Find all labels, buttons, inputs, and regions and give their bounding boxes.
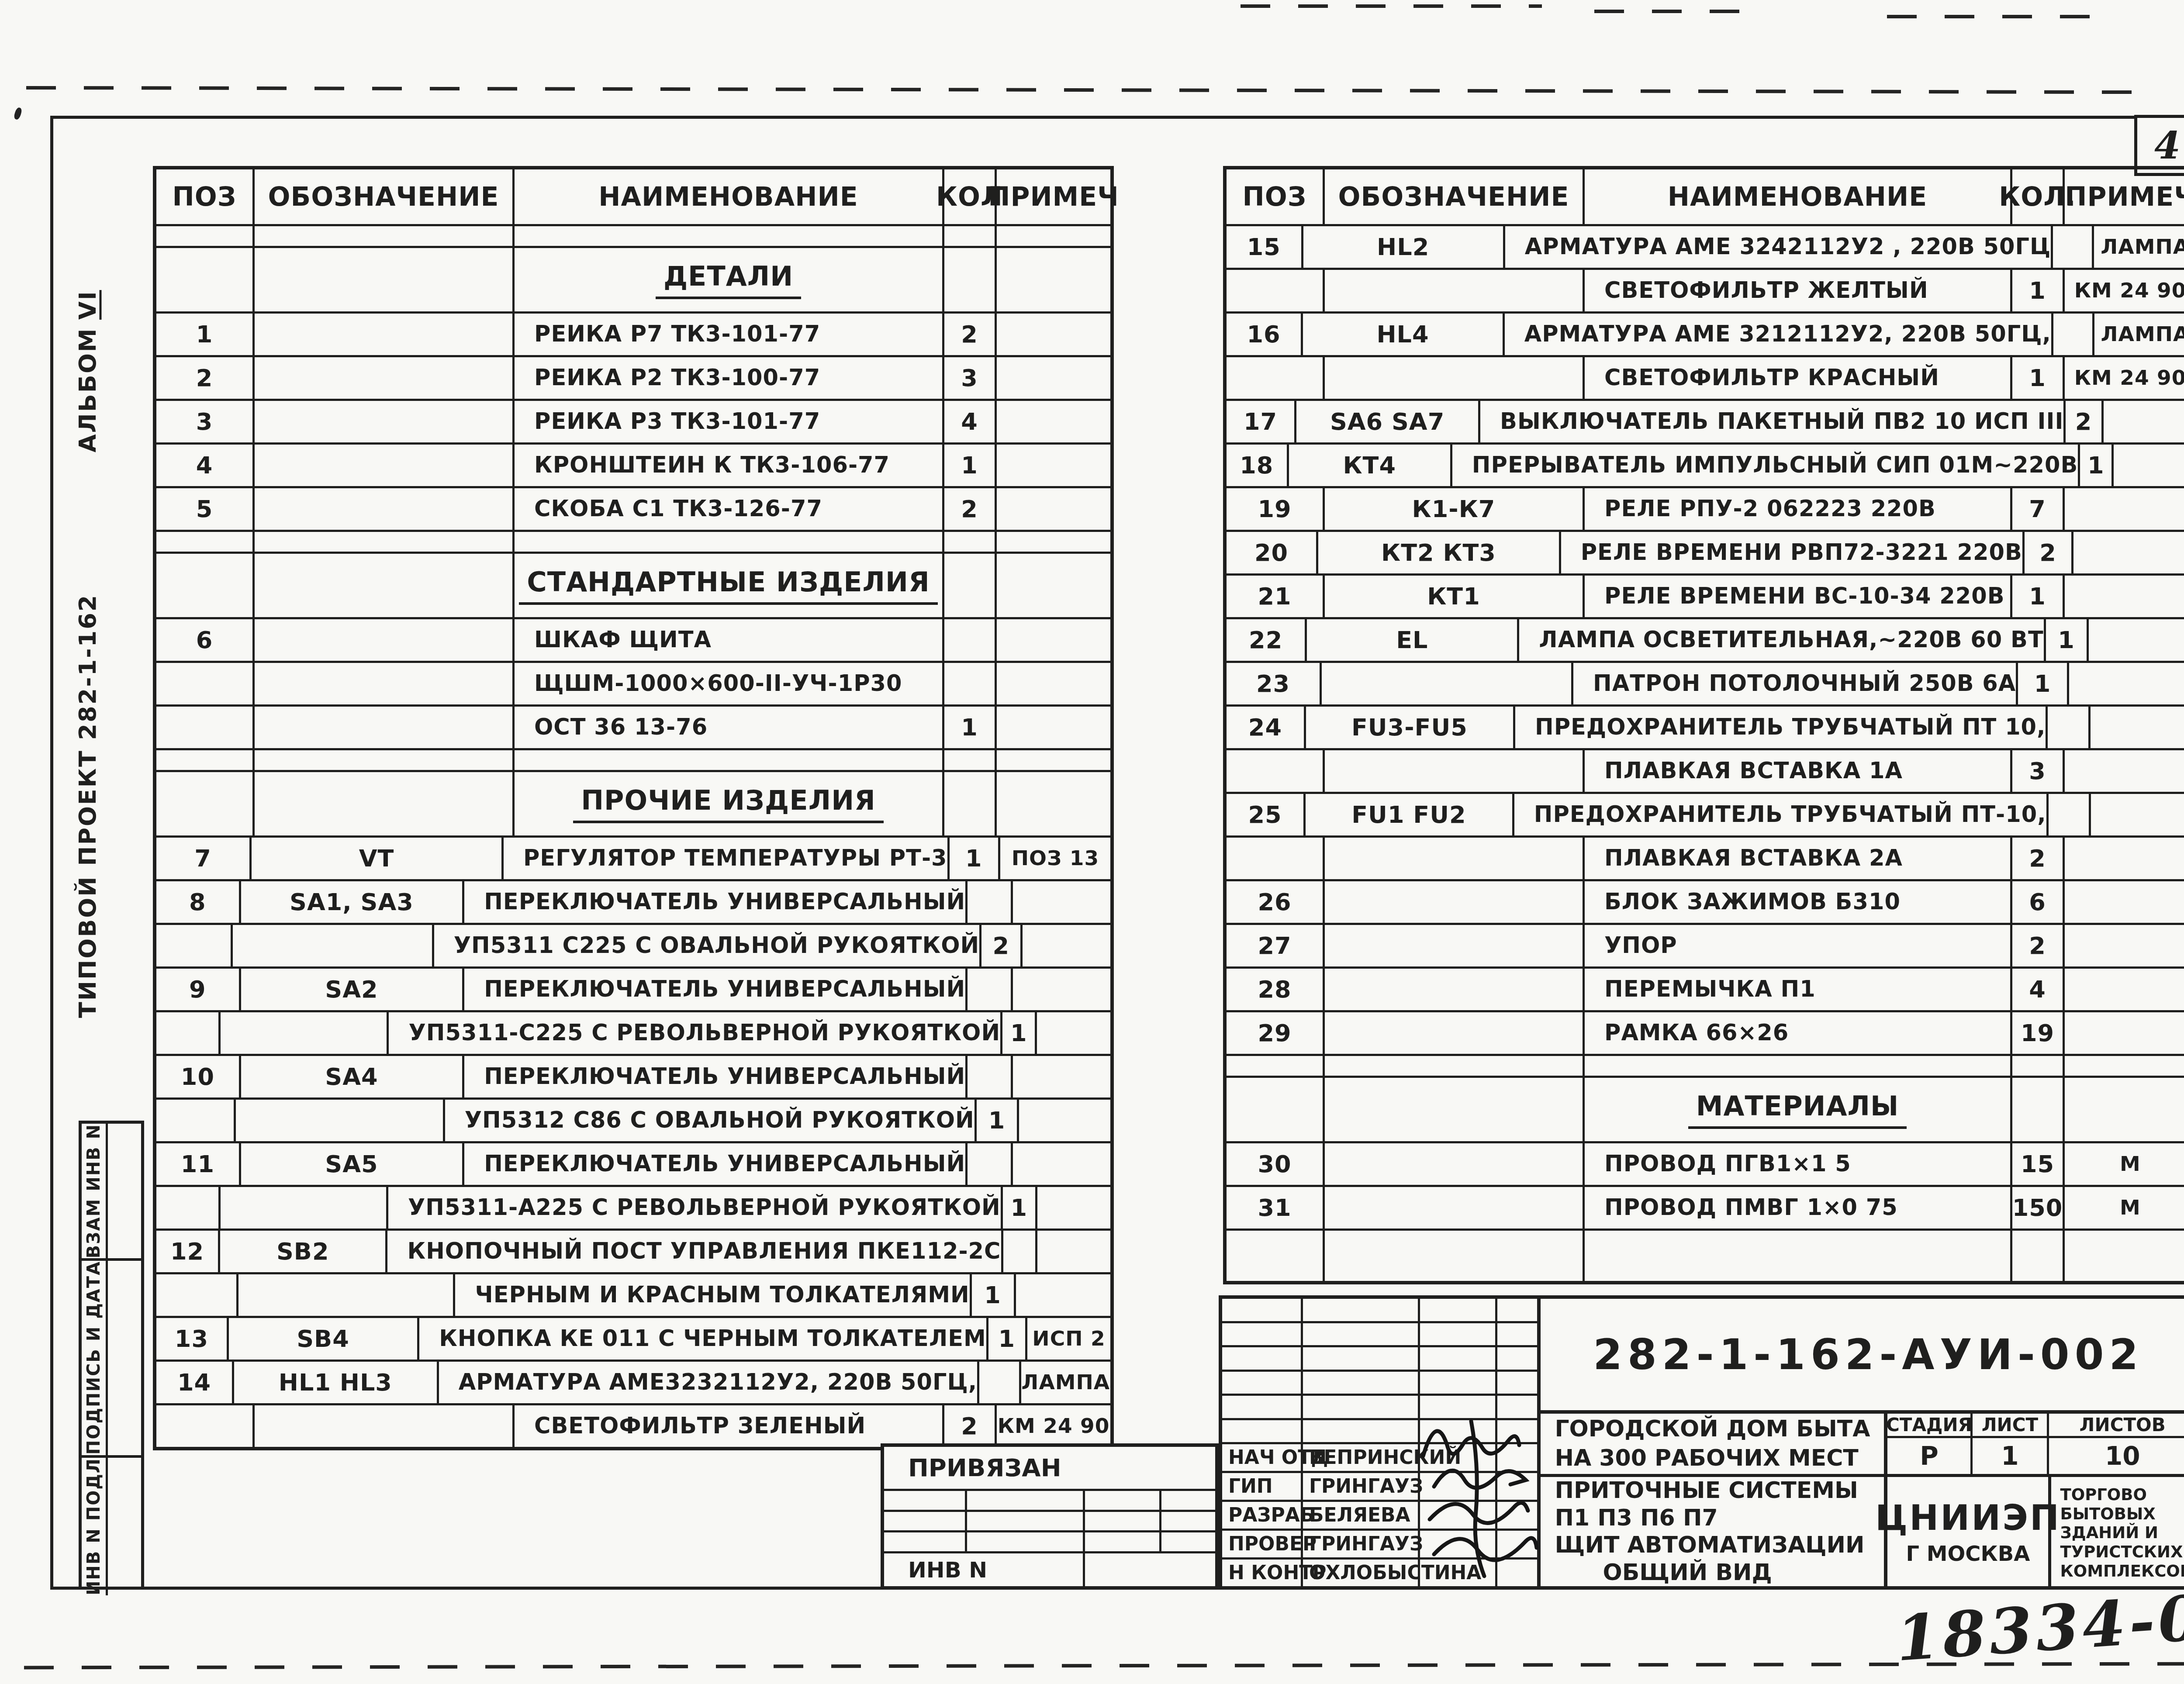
cell-pos xyxy=(156,707,252,748)
cell-designation: SB2 xyxy=(218,1231,385,1272)
cell-qty: 1 xyxy=(975,1100,1017,1141)
spec-table-left: Поз Обозначение Наименование Кол Примеч … xyxy=(153,166,1114,1450)
cell-pos xyxy=(156,772,252,835)
cell-pos: 22 xyxy=(1227,619,1305,661)
table-row: УП5312 С86 с овальной рукояткой 1 xyxy=(156,1097,1110,1141)
strip-section: Взам инв N xyxy=(82,1124,141,1258)
organization-zone: ЦНИИЭП г Москва Торгово бытовых зданий и… xyxy=(1887,1477,2184,1586)
attach-grid-row xyxy=(884,1510,1215,1531)
cell-designation xyxy=(1323,270,1583,311)
handwritten-archive-number: 18334-07 xyxy=(1894,1578,2184,1675)
cell-qty xyxy=(2046,707,2088,748)
grid-cell xyxy=(1301,1299,1418,1321)
cell-qty: 6 xyxy=(2010,881,2063,923)
cell-qty xyxy=(2010,1078,2063,1141)
table-row: 25 FU1 FU2 Предохранитель трубчатый ПТ-1… xyxy=(1227,792,2184,835)
sign-role: ГИП xyxy=(1222,1473,1301,1500)
cell-name: Шкаф щита xyxy=(512,619,942,661)
cell-name: Реле времени ВС-10-34 220В xyxy=(1583,576,2010,617)
grid-cell xyxy=(1418,1420,1495,1442)
grid-row xyxy=(1222,1299,1537,1321)
cell-qty: 1 xyxy=(2010,357,2063,399)
signature-row: ГИП Грингауз xyxy=(1222,1471,1537,1500)
cell-name: УП5311 С225 с овальной рукояткой xyxy=(432,925,979,966)
cell-pos: 8 xyxy=(156,881,239,923)
cell-pos xyxy=(1227,1056,1323,1076)
cell-note xyxy=(995,445,1110,486)
grid-cell xyxy=(1495,1323,1537,1346)
cell-name: Упор xyxy=(1583,925,2010,966)
cell-pos: 14 xyxy=(156,1362,232,1403)
attach-inv-row: Инв N xyxy=(884,1551,1215,1586)
cell-qty xyxy=(1001,1231,1036,1272)
cell-pos: 3 xyxy=(156,401,252,442)
cell-name: ЩШМ-1000×600-II-УЧ-1Р30 xyxy=(512,663,942,704)
cell-designation xyxy=(218,1012,387,1054)
table-row: 10 SA4 Переключатель универсальный xyxy=(156,1054,1110,1097)
cell-qty: 4 xyxy=(2010,969,2063,1010)
sign-signature-cell xyxy=(1418,1502,1495,1529)
cell-name: плавкая вставка 1А xyxy=(1583,750,2010,792)
cell-designation: SA2 xyxy=(239,969,462,1010)
cell-note xyxy=(1017,1100,1110,1141)
cell-note xyxy=(2063,1012,2184,1054)
stage-header: Стадия Лист Листов xyxy=(1887,1414,2184,1438)
cell-note xyxy=(2063,1056,2184,1076)
strip-label: Взам инв N xyxy=(84,1124,104,1258)
header-pos: Поз xyxy=(156,169,252,224)
strip-section: Инв N подл xyxy=(82,1455,141,1595)
sign-role: Провер xyxy=(1222,1531,1301,1557)
sheets-value: 10 xyxy=(2047,1438,2184,1474)
cell-qty: 1 xyxy=(942,707,995,748)
cell-designation xyxy=(252,772,512,835)
cell-pos: 6 xyxy=(156,619,252,661)
attach-inv-label: Инв N xyxy=(884,1553,1083,1586)
sign-date-cell xyxy=(1495,1444,1537,1471)
cell-name: светофильтр красный xyxy=(1583,357,2010,399)
cell-name: Арматура АМЕ 3242112У2 , 220В 50Гц xyxy=(1503,226,2051,268)
cell-note xyxy=(995,532,1110,552)
object-name: Городской дом быта на 300 рабочих мест xyxy=(1541,1414,1884,1477)
grid-cell xyxy=(1418,1299,1495,1321)
cell-pos xyxy=(156,663,252,704)
cell-name: Патрон потолочный 250В 6А xyxy=(1571,663,2016,704)
table-row: 13 SB4 Кнопка КЕ 011 с черным толкателем… xyxy=(156,1316,1110,1360)
table-row: 17 SA6 SA7 Выключатель пакетный ПВ2 10 и… xyxy=(1227,399,2184,442)
cell-name: Скоба С1 ТК3-126-77 xyxy=(512,488,942,530)
top-edge-dashes xyxy=(1241,4,1542,8)
attach-cell xyxy=(1083,1553,1215,1586)
cell-qty xyxy=(965,969,1011,1010)
grid-cell xyxy=(1495,1299,1537,1321)
cell-designation: SA1, SA3 xyxy=(239,881,462,923)
cell-name: Переключатель универсальный xyxy=(462,1056,965,1097)
grid-row xyxy=(1222,1394,1537,1418)
table-row xyxy=(1227,1228,2184,1281)
table-row: 2 Реика Р2 ТК3-100-77 3 xyxy=(156,355,1110,399)
cell-qty xyxy=(2010,1231,2063,1281)
cell-qty: 19 xyxy=(2010,1012,2063,1054)
cell-qty xyxy=(942,554,995,617)
cell-qty xyxy=(942,750,995,770)
cell-qty xyxy=(942,226,995,246)
cell-designation xyxy=(1323,357,1583,399)
cell-name xyxy=(512,226,942,246)
page-number: 4 xyxy=(2154,124,2181,168)
sign-role: Н контр xyxy=(1222,1560,1301,1586)
cell-pos: 12 xyxy=(156,1231,218,1272)
cell-note xyxy=(995,226,1110,246)
cell-pos: 19 xyxy=(1227,488,1323,530)
cell-name: УП5311-А225 с револьверной рукояткой xyxy=(386,1187,1001,1228)
cell-qty: 2 xyxy=(2022,532,2071,573)
cell-qty: 4 xyxy=(942,401,995,442)
grid-cell xyxy=(1301,1347,1418,1370)
cell-designation xyxy=(1323,925,1583,966)
cell-designation xyxy=(1323,1078,1583,1141)
cell-designation xyxy=(1323,1143,1583,1185)
cell-pos xyxy=(1227,1231,1323,1281)
cell-pos: 20 xyxy=(1227,532,1316,573)
strip-empty-cell xyxy=(108,1261,141,1455)
cell-designation xyxy=(252,248,512,311)
sign-name: Вепринский xyxy=(1301,1444,1418,1471)
cell-name: Переключатель универсальный xyxy=(462,881,965,923)
grid-cell xyxy=(1495,1396,1537,1418)
cell-note xyxy=(995,488,1110,530)
table-row: 12 SB2 Кнопочный пост управления ПКЕ112-… xyxy=(156,1228,1110,1272)
attach-title: Привязан xyxy=(884,1447,1215,1489)
margin-album-label: Альбом VI xyxy=(73,288,101,454)
cell-pos: 18 xyxy=(1227,445,1287,486)
cell-name: светофильтр зеленый xyxy=(512,1405,942,1447)
table-row xyxy=(1227,1054,2184,1076)
attach-cell xyxy=(1159,1512,1215,1531)
cell-designation: FU1 FU2 xyxy=(1303,794,1512,835)
cell-pos: 9 xyxy=(156,969,239,1010)
attach-cell xyxy=(884,1512,965,1531)
table-row: 6 Шкаф щита xyxy=(156,617,1110,661)
cell-pos: 5 xyxy=(156,488,252,530)
project-code: Типовой проект 282-1-162 xyxy=(74,594,101,1018)
cell-name: Стандартные изделия xyxy=(512,554,942,617)
sign-signature-cell xyxy=(1418,1560,1495,1586)
cell-qty xyxy=(2051,314,2092,355)
table-row: Детали xyxy=(156,246,1110,311)
cell-note xyxy=(2067,663,2184,704)
sign-signature-cell xyxy=(1418,1444,1495,1471)
cell-note xyxy=(995,619,1110,661)
table-row: светофильтр красный 1 КМ 24 90 xyxy=(1227,355,2184,399)
cell-designation xyxy=(1320,663,1571,704)
cell-qty xyxy=(2046,794,2089,835)
cell-designation: VT xyxy=(249,838,501,879)
cell-qty xyxy=(942,248,995,311)
attach-grid-row xyxy=(884,1489,1215,1510)
cell-qty: 2 xyxy=(2010,925,2063,966)
title-block-lower: Городской дом быта на 300 рабочих мест П… xyxy=(1541,1414,2184,1586)
cell-pos: 27 xyxy=(1227,925,1323,966)
object-line: на 300 рабочих мест xyxy=(1555,1444,1884,1473)
cell-name: Арматура АМЕ 3212112У2, 220В 50Гц, xyxy=(1503,314,2051,355)
cell-designation: К1-К7 xyxy=(1323,488,1583,530)
scan-artifact xyxy=(13,107,23,121)
cell-qty: 1 xyxy=(947,838,998,879)
cell-qty xyxy=(942,619,995,661)
cell-qty: 1 xyxy=(970,1274,1014,1316)
attach-cell xyxy=(1083,1532,1159,1551)
cell-name: Лампа осветительная,~220В 60 Вт xyxy=(1517,619,2043,661)
cell-name: Прерыватель импульсный СИП 01М~220В xyxy=(1450,445,2078,486)
album-word: Альбом xyxy=(74,328,101,453)
cell-pos: 13 xyxy=(156,1318,227,1360)
cell-pos: 24 xyxy=(1227,707,1304,748)
table-row: плавкая вставка 1А 3 xyxy=(1227,748,2184,792)
cell-note xyxy=(995,663,1110,704)
cell-note xyxy=(2071,532,2184,573)
cell-pos: 23 xyxy=(1227,663,1320,704)
grid-cell xyxy=(1418,1347,1495,1370)
table-row: 29 Рамка 66×26 19 xyxy=(1227,1010,2184,1054)
grid-cell xyxy=(1495,1347,1537,1370)
cell-qty xyxy=(965,1143,1011,1185)
cell-designation: EL xyxy=(1305,619,1517,661)
cell-name: Реле РПУ-2 062223 220В xyxy=(1583,488,2010,530)
grid-cell xyxy=(1222,1372,1301,1394)
table-row: светофильтр зеленый 2 КМ 24 90 xyxy=(156,1403,1110,1447)
sign-name: Грингауз xyxy=(1301,1473,1418,1500)
cell-note xyxy=(2063,488,2184,530)
album-number: VI xyxy=(74,290,101,320)
table-row: 30 Провод ПГВ1×1 5 15 М xyxy=(1227,1141,2184,1185)
table-row: УП5311 С225 с овальной рукояткой 2 xyxy=(156,923,1110,966)
org-name: ЦНИИЭП xyxy=(1875,1498,2061,1538)
header-qty: Кол. xyxy=(2010,169,2063,224)
table-header: Поз Обозначение Наименование Кол. Примеч xyxy=(1227,169,2184,224)
cell-qty: 1 xyxy=(2016,663,2067,704)
cell-qty: 3 xyxy=(942,357,995,399)
cell-note: Лампа xyxy=(1019,1362,1110,1403)
cell-name: Кронштеин К ТК3-106-77 xyxy=(512,445,942,486)
cell-designation xyxy=(1323,1012,1583,1054)
cell-designation xyxy=(252,619,512,661)
attach-cell xyxy=(965,1491,1083,1510)
table-row: Материалы xyxy=(1227,1076,2184,1141)
cell-note xyxy=(2063,576,2184,617)
grid-cell xyxy=(1301,1420,1418,1442)
attach-cell xyxy=(884,1491,965,1510)
stage-label: Стадия xyxy=(1887,1414,1970,1436)
cell-designation xyxy=(1323,838,1583,879)
cell-pos xyxy=(1227,750,1323,792)
table-row: УП5311-С225 с револьверной рукояткой 1 xyxy=(156,1010,1110,1054)
sheets-label: Листов xyxy=(2047,1414,2184,1436)
cell-qty: 150 xyxy=(2010,1187,2063,1228)
sign-date-cell xyxy=(1495,1560,1537,1586)
cell-name: Кнопка КЕ 011 с черным толкателем xyxy=(417,1318,986,1360)
cell-name: Реика Р3 ТК3-101-77 xyxy=(512,401,942,442)
cell-pos xyxy=(156,1274,236,1316)
strip-label-cell: Взам инв N xyxy=(82,1124,108,1258)
cell-note: исп 2 xyxy=(1025,1318,1110,1360)
cell-qty xyxy=(965,881,1011,923)
cell-note xyxy=(995,772,1110,835)
cell-name: Прочие изделия xyxy=(512,772,942,835)
table-row: 28 Перемычка П1 4 xyxy=(1227,966,2184,1010)
cell-name: Предохранитель трубчатый ПТ 10, xyxy=(1513,707,2046,748)
cell-pos: 15 xyxy=(1227,226,1301,268)
attach-cell xyxy=(1159,1491,1215,1510)
cell-pos xyxy=(156,226,252,246)
cell-qty: 2 xyxy=(2010,838,2063,879)
cell-designation xyxy=(252,750,512,770)
cell-note xyxy=(1011,969,1110,1010)
cell-designation xyxy=(252,707,512,748)
cell-name: черным и красным толкателями xyxy=(453,1274,969,1316)
cell-pos xyxy=(1227,270,1323,311)
table-row: Прочие изделия xyxy=(156,770,1110,835)
table-row: 23 Патрон потолочный 250В 6А 1 xyxy=(1227,661,2184,704)
cell-designation xyxy=(1323,1231,1583,1281)
cell-qty xyxy=(2051,226,2092,268)
spec-table-right: Поз Обозначение Наименование Кол. Примеч… xyxy=(1223,166,2184,1284)
cell-pos: 25 xyxy=(1227,794,1303,835)
table-row: 4 Кронштеин К ТК3-106-77 1 xyxy=(156,442,1110,486)
header-name: Наименование xyxy=(1583,169,2010,224)
table-row: УП5311-А225 с револьверной рукояткой 1 xyxy=(156,1185,1110,1228)
cell-pos: 17 xyxy=(1227,401,1294,442)
grid-cell xyxy=(1222,1323,1301,1346)
cell-pos: 7 xyxy=(156,838,249,879)
cell-designation xyxy=(218,1187,387,1228)
sign-signature-cell xyxy=(1418,1473,1495,1500)
cell-note: Лампа xyxy=(2092,226,2184,268)
table-row: 8 SA1, SA3 Переключатель универсальный xyxy=(156,879,1110,923)
cell-note xyxy=(1035,1012,1110,1054)
organization-dept: Торгово бытовых зданий и туристских комп… xyxy=(2048,1477,2184,1586)
cell-designation xyxy=(252,532,512,552)
bottom-fold-dashed-line xyxy=(24,1662,2184,1670)
cell-pos: 30 xyxy=(1227,1143,1323,1185)
cell-name: Предохранитель трубчатый ПТ-10, xyxy=(1512,794,2046,835)
header-note: Примеч xyxy=(2063,169,2184,224)
header-designation: Обозначение xyxy=(1323,169,1583,224)
cell-designation xyxy=(1323,881,1583,923)
cell-designation: SA4 xyxy=(239,1056,462,1097)
content-line: Общий вид xyxy=(1603,1559,1884,1586)
cell-name: УП5312 С86 с овальной рукояткой xyxy=(443,1100,975,1141)
content-line: Щит автоматизации xyxy=(1555,1532,1884,1559)
cell-pos: 1 xyxy=(156,314,252,355)
cell-pos xyxy=(1227,838,1323,879)
cell-designation xyxy=(1323,1056,1583,1076)
cell-note: М xyxy=(2063,1187,2184,1228)
cell-name: Детали xyxy=(512,248,942,311)
cell-note xyxy=(1035,1231,1110,1272)
cell-note xyxy=(995,314,1110,355)
strip-label: Инв N подл xyxy=(84,1458,104,1595)
sign-signature-cell xyxy=(1418,1531,1495,1557)
strip-label: Подпись и дата xyxy=(84,1261,104,1455)
header-qty: Кол xyxy=(942,169,995,224)
table-row: плавкая вставка 2А 2 xyxy=(1227,835,2184,879)
table-row: 27 Упор 2 xyxy=(1227,923,2184,966)
cell-designation: КТ2 КТ3 xyxy=(1316,532,1559,573)
header-note: Примеч xyxy=(995,169,1110,224)
cell-designation xyxy=(231,925,432,966)
attach-cell xyxy=(1159,1532,1215,1551)
cell-name: Выключатель пакетный ПВ2 10 исп III xyxy=(1478,401,2063,442)
doc-number: 282-1-162-АУИ-002 xyxy=(1541,1299,2184,1414)
cell-name: Рамка 66×26 xyxy=(1583,1012,2010,1054)
attach-grid-row xyxy=(884,1530,1215,1551)
signature-row: Нач отд Вепринский xyxy=(1222,1442,1537,1471)
object-line: Городской дом быта xyxy=(1555,1415,1884,1444)
cell-name: Реика Р2 ТК3-100-77 xyxy=(512,357,942,399)
title-block: Нач отд Вепринский ГИП Грингауз Разраб Б… xyxy=(1219,1295,2184,1590)
cell-pos xyxy=(156,1187,218,1228)
cell-note xyxy=(1011,881,1110,923)
cell-name: Переключатель универсальный xyxy=(462,969,965,1010)
cell-name: Регулятор температуры РТ-3 xyxy=(501,838,947,879)
header-designation: Обозначение xyxy=(252,169,512,224)
cell-name: Реика Р7 ТК3-101-77 xyxy=(512,314,942,355)
cell-qty: 1 xyxy=(1001,1187,1035,1228)
cell-note xyxy=(1020,925,1110,966)
table-row: ОСТ 36 13-76 1 xyxy=(156,704,1110,748)
cell-qty: 2 xyxy=(942,1405,995,1447)
sheet-value: 1 xyxy=(1970,1438,2047,1474)
cell-qty: 3 xyxy=(2010,750,2063,792)
cell-pos xyxy=(156,1012,218,1054)
organization: ЦНИИЭП г Москва xyxy=(1887,1477,2048,1586)
grid-cell xyxy=(1418,1372,1495,1394)
cell-designation xyxy=(252,1405,512,1447)
cell-designation: SA5 xyxy=(239,1143,462,1185)
cell-name xyxy=(512,750,942,770)
table-row: 21 КТ1 Реле времени ВС-10-34 220В 1 xyxy=(1227,573,2184,617)
strip-section: Подпись и дата xyxy=(82,1258,141,1455)
cell-designation xyxy=(252,488,512,530)
org-city: г Москва xyxy=(1906,1542,2030,1566)
cell-qty xyxy=(965,1056,1011,1097)
grid-row xyxy=(1222,1418,1537,1442)
grid-cell xyxy=(1222,1396,1301,1418)
signature-grid: Нач отд Вепринский ГИП Грингауз Разраб Б… xyxy=(1222,1299,1541,1586)
table-row xyxy=(156,748,1110,770)
cell-designation xyxy=(1323,750,1583,792)
grid-cell xyxy=(1222,1420,1301,1442)
stage-value: Р xyxy=(1887,1438,1970,1474)
cell-designation: FU3-FU5 xyxy=(1304,707,1513,748)
table-row: черным и красным толкателями 1 xyxy=(156,1272,1110,1316)
cell-designation xyxy=(252,357,512,399)
sign-role: Нач отд xyxy=(1222,1444,1301,1471)
cell-note xyxy=(2063,925,2184,966)
cell-qty xyxy=(2010,1056,2063,1076)
grid-cell xyxy=(1495,1372,1537,1394)
table-row: светофильтр желтый 1 КМ 24 90 xyxy=(1227,268,2184,311)
grid-cell xyxy=(1301,1323,1418,1346)
cell-name xyxy=(1583,1056,2010,1076)
cell-qty: 15 xyxy=(2010,1143,2063,1185)
cell-designation: SB4 xyxy=(227,1318,417,1360)
grid-cell xyxy=(1301,1372,1418,1394)
margin-project-label: Типовой проект 282-1-162 xyxy=(73,625,101,987)
stage-table: Стадия Лист Листов Р 1 10 xyxy=(1887,1414,2184,1477)
grid-cell xyxy=(1418,1323,1495,1346)
